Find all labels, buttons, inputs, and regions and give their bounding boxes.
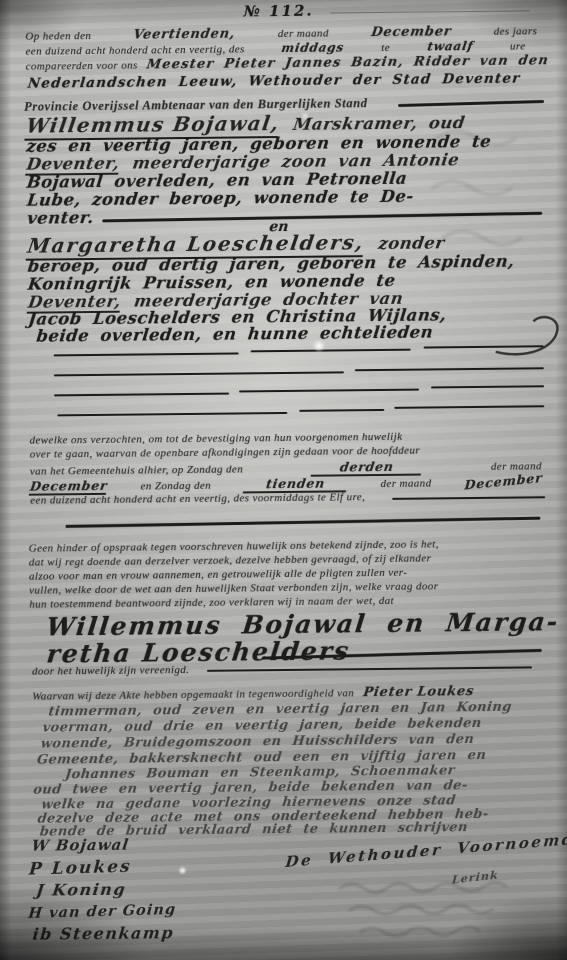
ink-rule — [65, 517, 540, 528]
handwritten-daypart: middags — [281, 40, 346, 55]
printed-text: des jaars — [494, 25, 538, 37]
handwritten-second-month: December — [464, 470, 543, 493]
printed-text: compareerden voor ons — [26, 60, 138, 73]
printed-text: der maand — [278, 28, 329, 41]
filled-blank-rule — [57, 412, 287, 416]
handwritten-month: December — [370, 24, 452, 40]
signature-witness-1: P Loukes — [28, 857, 132, 880]
filled-blank-rule — [251, 349, 411, 353]
united-line: door het huwelijk zijn vereenigd. — [32, 664, 189, 678]
signature-witness-3: H van der Going — [28, 901, 177, 922]
printed-text: van het Gemeentehuis alhier, op Zondag d… — [30, 463, 243, 477]
printed-text: Waarvan wij deze Akte hebben opgemaakt i… — [32, 687, 354, 702]
bright-speck — [312, 340, 326, 352]
handwritten-official-name: Meester Pieter Jannes Bazin, Ridder van … — [146, 53, 551, 72]
pen-flourish — [493, 311, 562, 364]
filled-blank-rule — [299, 409, 384, 412]
printed-text: een duizend acht honderd acht en veertig… — [25, 43, 244, 57]
bright-speck — [178, 866, 187, 875]
document-page: № 112. Op heden den Veertienden, der maa… — [0, 0, 567, 960]
ink-bleedthrough — [334, 872, 545, 949]
declaration-line-3: alzoo voor man en vrouw aannemen, en get… — [29, 567, 407, 583]
handwritten-hour: twaalf — [426, 39, 474, 54]
printed-text: der maand — [380, 477, 431, 490]
ink-rule — [398, 100, 544, 107]
printed-text: ure — [510, 40, 526, 52]
filled-blank-rule — [431, 385, 544, 388]
request-line-5: een duizend acht honderd acht en veertig… — [30, 491, 365, 507]
document-photo: № 112. Op heden den Veertienden, der maa… — [0, 0, 567, 960]
groom-line-5: Lube, zonder beroep, wonende te De- — [26, 187, 415, 210]
ink-rule — [207, 666, 532, 671]
filled-blank-rule — [54, 371, 344, 376]
printed-text: Op heden den — [25, 30, 91, 43]
handwritten-day: Veertienden, — [132, 26, 236, 42]
filled-blank-rule — [54, 393, 229, 397]
filled-blank-rule — [355, 367, 544, 371]
handwritten-witness-name: Pieter Loukes — [362, 684, 475, 700]
signature-witness-2: J Koning — [35, 880, 127, 900]
filled-blank-rule — [239, 389, 419, 393]
opening-line-4: Nederlandschen Leeuw, Wethouder der Stad… — [27, 70, 521, 91]
printed-text: te — [381, 42, 390, 54]
signature-witness-4: ib Steenkamp — [32, 923, 175, 944]
ink-rule — [392, 496, 545, 500]
request-line-1: dewelke ons verzochten, om tot de bevest… — [30, 431, 403, 447]
declaration-line-5: hun toestemmend beantwoord zijnde, zoo v… — [29, 595, 394, 611]
bright-speck — [300, 112, 310, 120]
bride-line-6: beide overleden, en hunne echtelieden — [35, 322, 434, 345]
declared-couple-names-2: retha Loeschelders — [45, 636, 352, 668]
printed-text: en Zondag den — [140, 480, 211, 493]
filled-blank-rule — [54, 352, 239, 356]
groom-line-6: venter. — [26, 208, 95, 228]
ink-bleedthrough — [426, 117, 548, 278]
filled-blank-rule — [394, 405, 544, 409]
signature-groom: W Bojawal — [31, 836, 131, 855]
